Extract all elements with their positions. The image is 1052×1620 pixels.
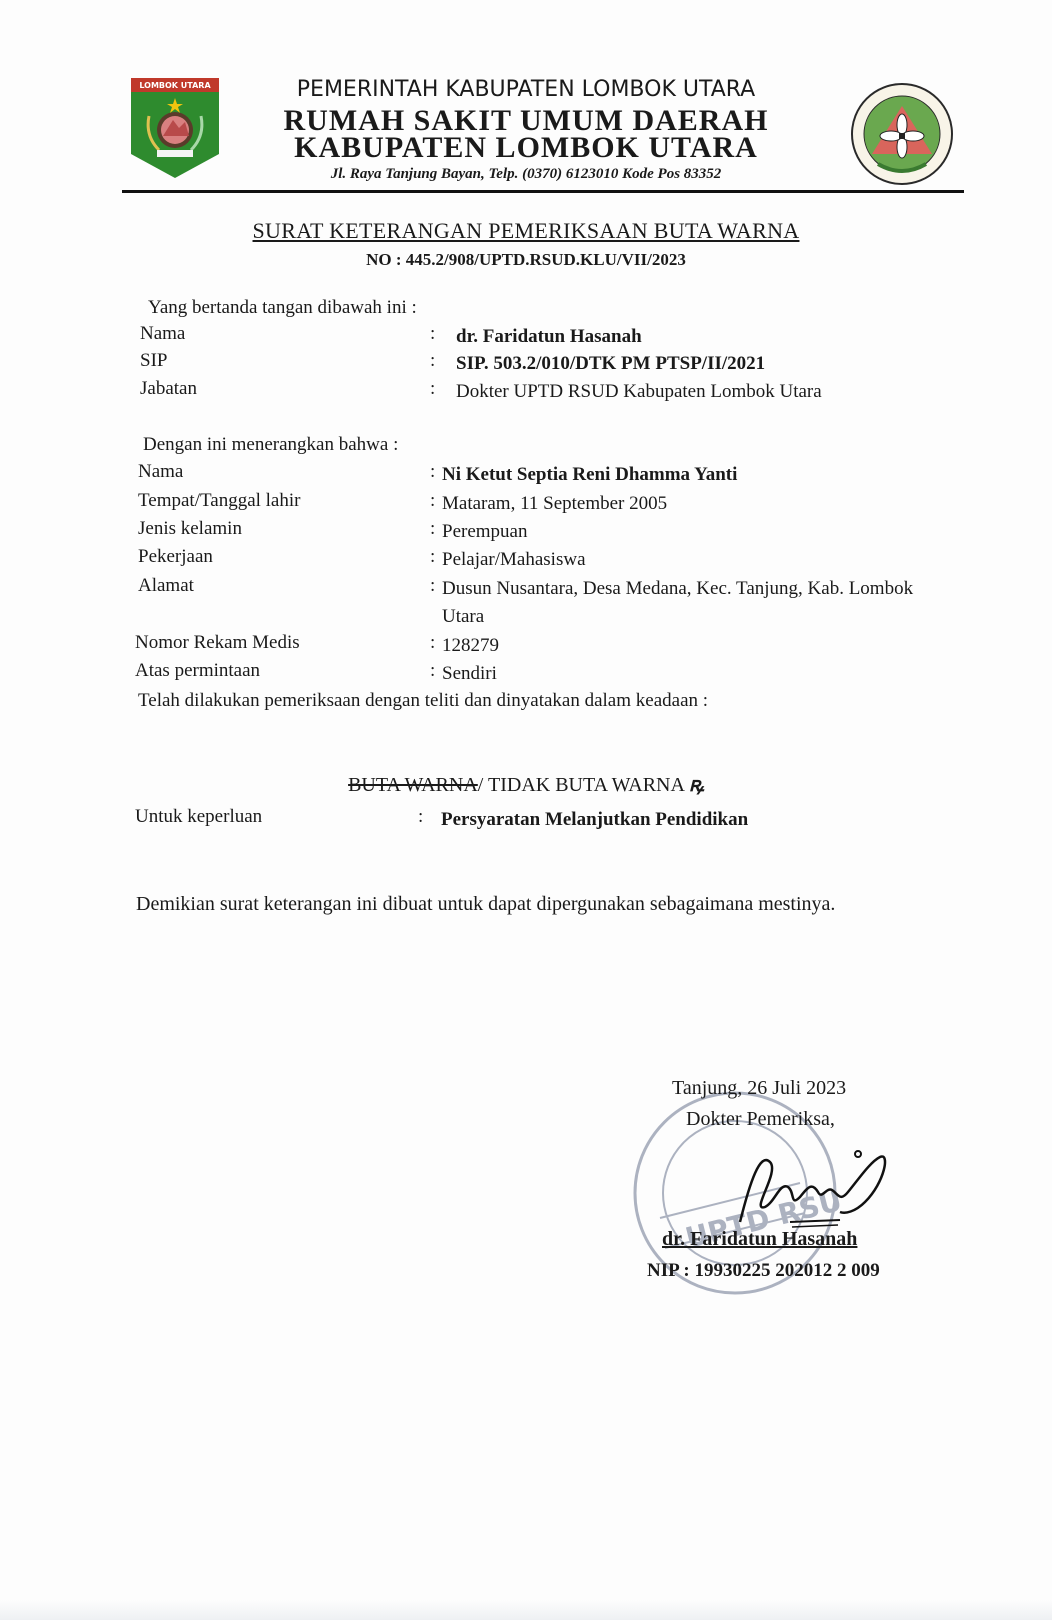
field-label: Nomor Rekam Medis <box>135 632 300 654</box>
field-colon: : <box>430 490 435 512</box>
field-value: Pelajar/Mahasiswa <box>442 546 942 574</box>
field-value: Dokter UPTD RSUD Kabupaten Lombok Utara <box>456 378 956 406</box>
field-label: Alamat <box>138 575 194 597</box>
patient-intro: Dengan ini menerangkan bahwa : <box>143 434 398 456</box>
document-number: NO : 445.2/908/UPTD.RSUD.KLU/VII/2023 <box>0 250 1052 270</box>
patient-field-birth: Tempat/Tanggal lahir : Mataram, 11 Septe… <box>138 490 958 516</box>
patient-field-address: Alamat : Dusun Nusantara, Desa Medana, K… <box>138 575 958 631</box>
field-colon: : <box>430 575 435 597</box>
purpose-field: Untuk keperluan : Persyaratan Melanjutka… <box>135 806 955 832</box>
letterhead-divider <box>122 190 964 193</box>
field-label: Jabatan <box>140 378 197 400</box>
result-struck-option: BUTA WARNA <box>348 774 478 796</box>
handwritten-signature-icon <box>730 1142 900 1232</box>
field-value: Dusun Nusantara, Desa Medana, Kec. Tanju… <box>442 575 932 631</box>
patient-field-medical-record: Nomor Rekam Medis : 128279 <box>135 632 955 658</box>
page-edge <box>0 1600 1052 1620</box>
signer-nip: NIP : 19930225 202012 2 009 <box>647 1260 880 1282</box>
signer-intro: Yang bertanda tangan dibawah ini : <box>148 297 417 319</box>
field-label: Nama <box>140 323 185 345</box>
result-selected-option: TIDAK BUTA WARNA <box>488 774 684 796</box>
field-label: Atas permintaan <box>135 660 260 682</box>
signature-role: Dokter Pemeriksa, <box>686 1108 835 1131</box>
field-colon: : <box>430 660 435 682</box>
patient-field-occupation: Pekerjaan : Pelajar/Mahasiswa <box>138 546 958 572</box>
patient-field-request: Atas permintaan : Sendiri <box>135 660 955 686</box>
signature-place-date: Tanjung, 26 Juli 2023 <box>672 1077 846 1100</box>
field-label: Jenis kelamin <box>138 518 242 540</box>
document-title: SURAT KETERANGAN PEMERIKSAAN BUTA WARNA <box>0 218 1052 244</box>
patient-field-nama: Nama : Ni Ketut Septia Reni Dhamma Yanti <box>138 461 958 487</box>
initial-mark-icon: ꝶ <box>689 774 704 796</box>
field-colon: : <box>430 350 435 372</box>
field-label: Tempat/Tanggal lahir <box>138 490 300 512</box>
field-value: 128279 <box>442 632 942 660</box>
field-value: SIP. 503.2/010/DTK PM PTSP/II/2021 <box>456 350 956 378</box>
field-value: dr. Faridatun Hasanah <box>456 323 956 351</box>
field-colon: : <box>418 806 423 828</box>
field-colon: : <box>430 378 435 400</box>
signer-name: dr. Faridatun Hasanah <box>662 1228 857 1251</box>
field-label: Pekerjaan <box>138 546 213 568</box>
hospital-logo <box>850 82 954 186</box>
field-label: Nama <box>138 461 183 483</box>
field-colon: : <box>430 323 435 345</box>
patient-field-gender: Jenis kelamin : Perempuan <box>138 518 958 544</box>
field-value: Mataram, 11 September 2005 <box>442 490 942 518</box>
signer-field-jabatan: Jabatan : Dokter UPTD RSUD Kabupaten Lom… <box>140 378 960 404</box>
closing-statement: Demikian surat keterangan ini dibuat unt… <box>136 893 835 916</box>
field-label: Untuk keperluan <box>135 806 262 828</box>
field-value: Perempuan <box>442 518 942 546</box>
field-label: SIP <box>140 350 167 372</box>
field-colon: : <box>430 546 435 568</box>
field-colon: : <box>430 461 435 483</box>
signer-field-sip: SIP : SIP. 503.2/010/DTK PM PTSP/II/2021 <box>140 350 960 376</box>
examination-result: BUTA WARNA/ TIDAK BUTA WARNA ꝶ <box>0 770 1052 797</box>
result-separator: / <box>478 774 484 796</box>
field-colon: : <box>430 518 435 540</box>
field-value: Ni Ketut Septia Reni Dhamma Yanti <box>442 461 942 489</box>
examination-statement: Telah dilakukan pemeriksaan dengan telit… <box>138 690 708 712</box>
field-value: Sendiri <box>442 660 942 688</box>
field-colon: : <box>430 632 435 654</box>
signer-field-nama: Nama : dr. Faridatun Hasanah <box>140 323 960 349</box>
field-value: Persyaratan Melanjutkan Pendidikan <box>441 806 941 834</box>
